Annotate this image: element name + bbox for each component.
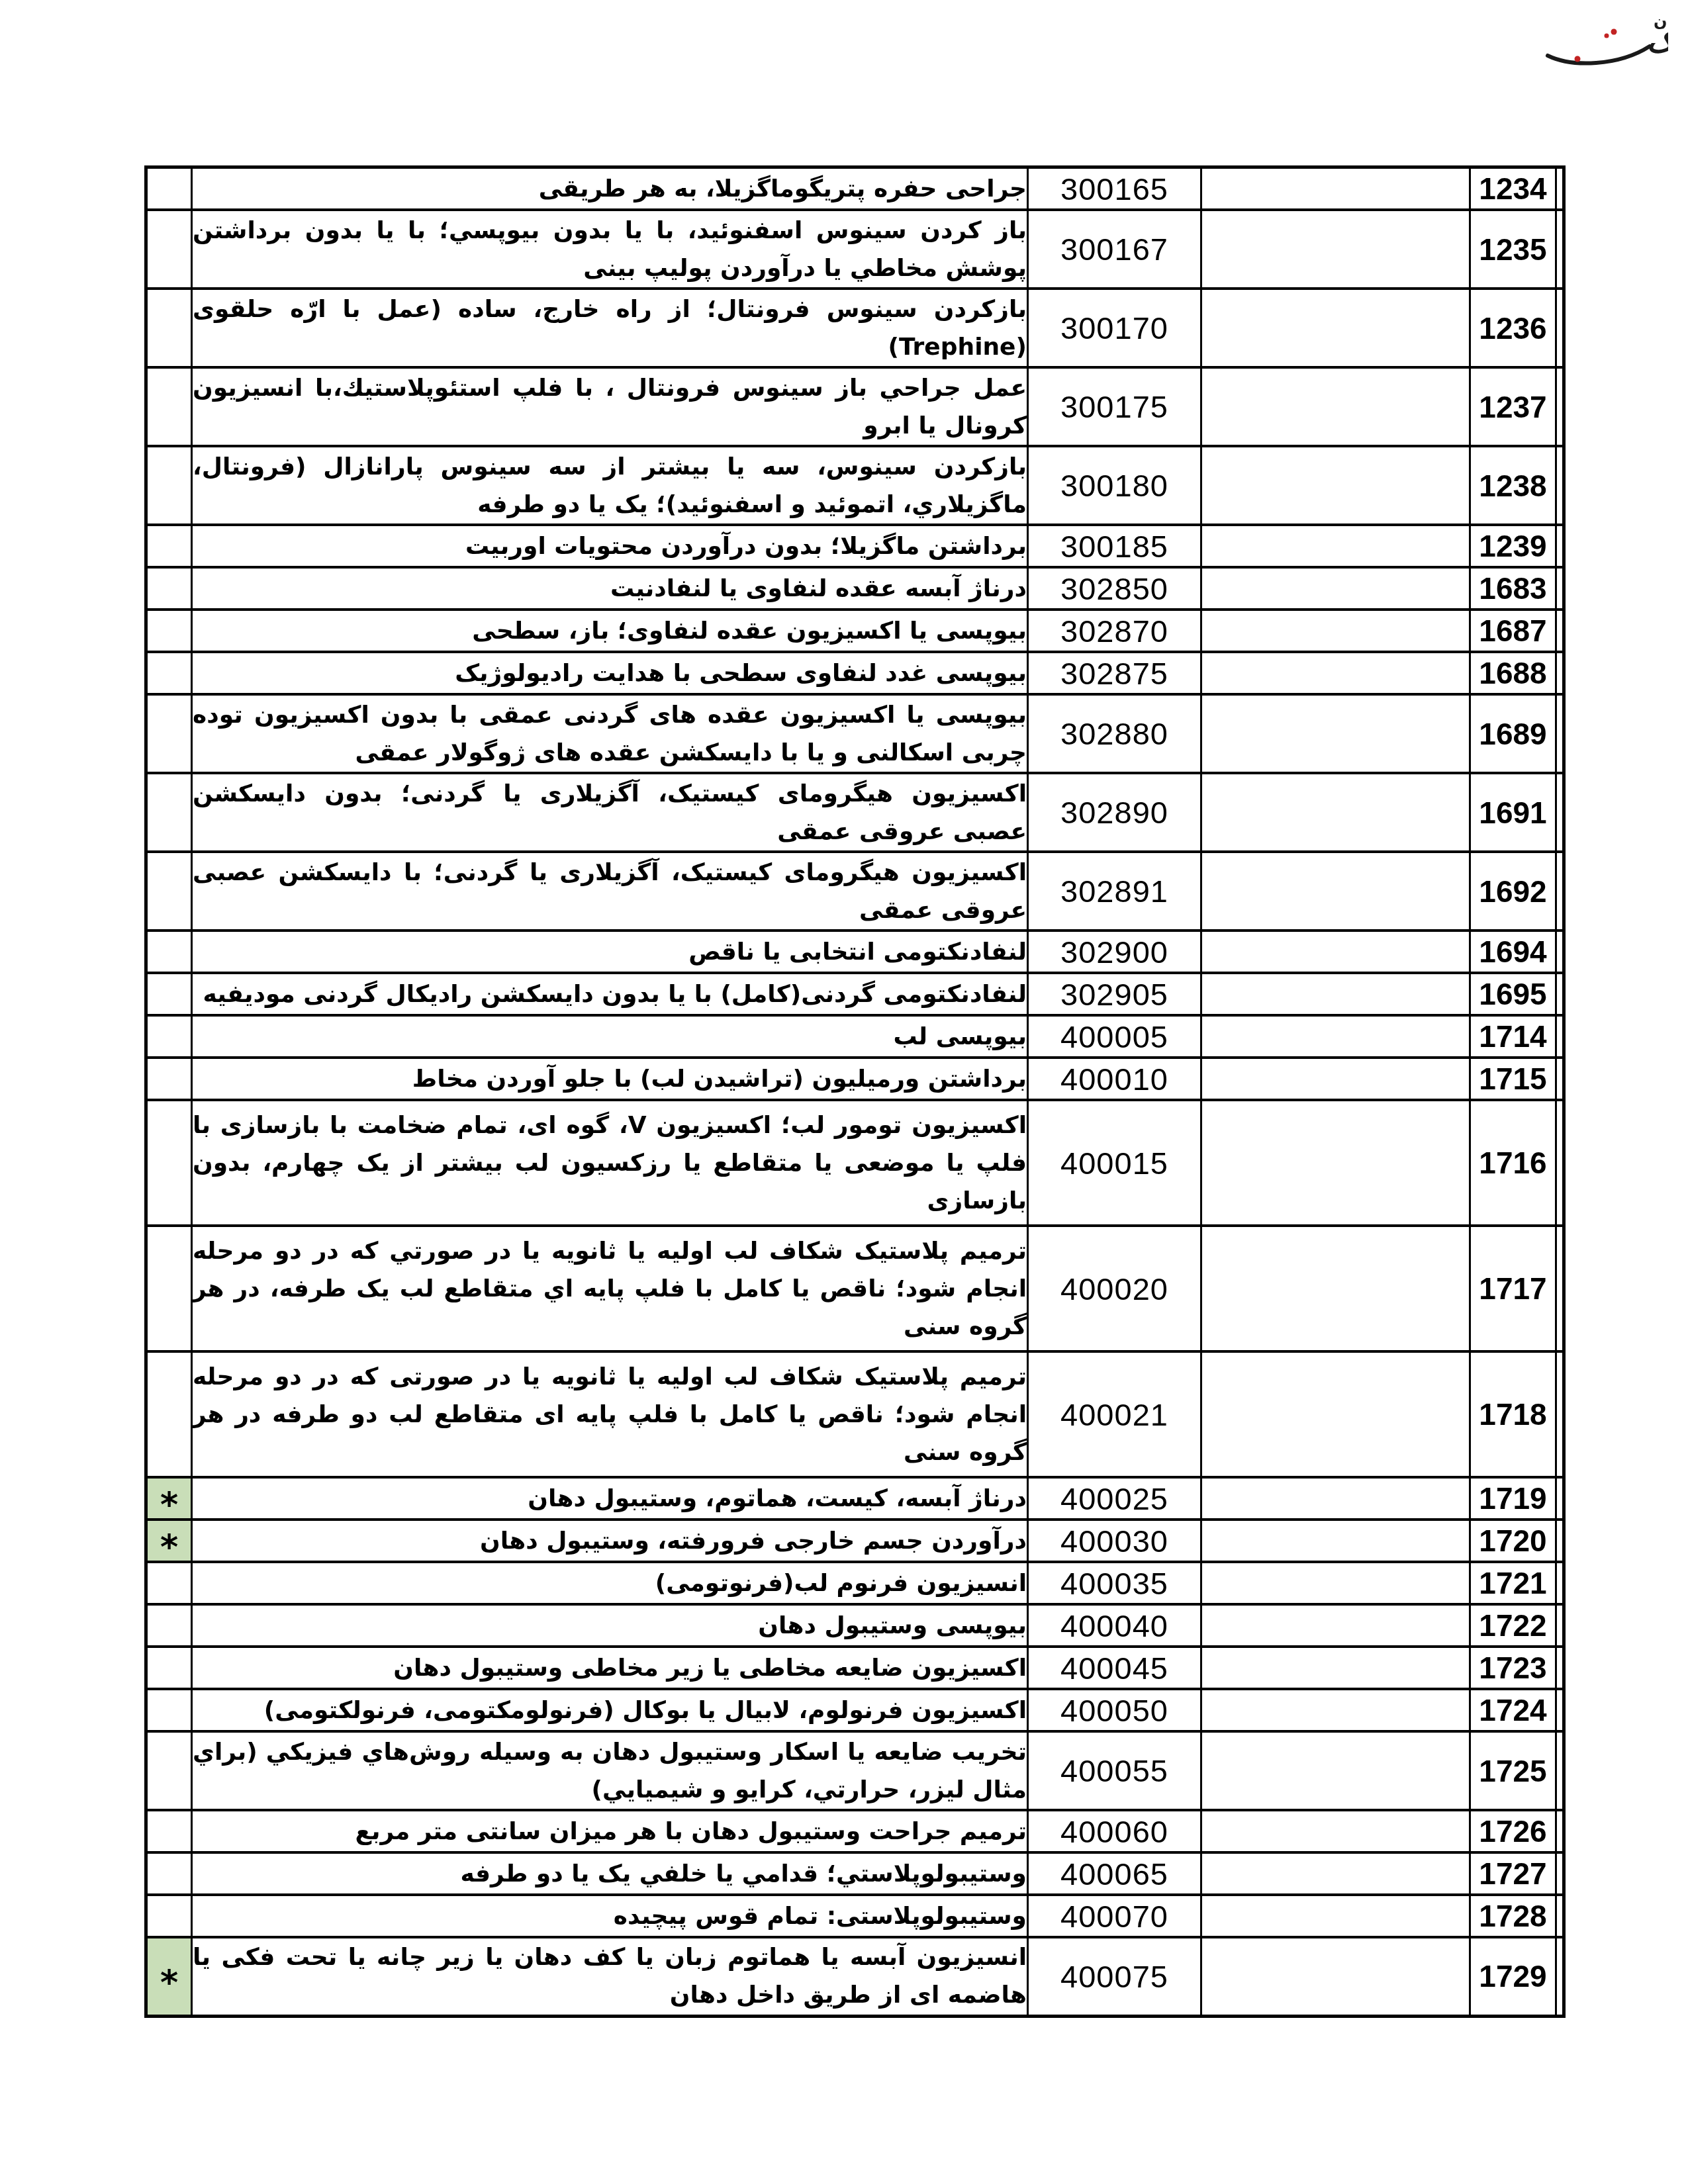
- procedure-code: 400010: [1028, 1058, 1201, 1100]
- table-row: بازکردن سینوس، سه یا بیشتر از سه سینوس پ…: [146, 446, 1564, 525]
- procedure-description: درآوردن جسم خارجی فرورفته، وستیبول دهان: [192, 1520, 1028, 1562]
- procedure-code: 302880: [1028, 694, 1201, 773]
- procedure-description: اکسیزیون ضایعه مخاطی یا زیر مخاطی وستیبو…: [192, 1647, 1028, 1689]
- procedure-description: اکسیزیون هیگرومای کیستیک، آگزیلاری یا گر…: [192, 852, 1028, 931]
- empty-cell: [1201, 610, 1470, 652]
- procedure-description: باز کردن سینوس اسفنوئید، با یا بدون بیوپ…: [192, 210, 1028, 289]
- asterisk-cell: [146, 694, 192, 773]
- table-row: * انسیزیون آبسه یا هماتوم زبان یا کف دها…: [146, 1937, 1564, 2016]
- empty-cell: [1201, 1562, 1470, 1604]
- procedure-description: اکسیزیون هیگرومای کیستیک، آگزیلاری یا گر…: [192, 773, 1028, 852]
- asterisk-cell: [146, 973, 192, 1015]
- table-row: اکسیزیون ضایعه مخاطی یا زیر مخاطی وستیبو…: [146, 1647, 1564, 1689]
- row-number: 1725: [1470, 1731, 1556, 1810]
- procedure-code: 400055: [1028, 1731, 1201, 1810]
- table-row: لنفادنکتومی گردنی(کامل) با یا بدون دایسک…: [146, 973, 1564, 1015]
- row-number: 1716: [1470, 1100, 1556, 1226]
- procedure-code: 400050: [1028, 1689, 1201, 1731]
- asterisk-cell: [146, 1562, 192, 1604]
- procedure-code: 302900: [1028, 931, 1201, 973]
- tariff-table-body: جراحی حفره پتریگوماگزیلا، به هر طریقی 30…: [146, 167, 1564, 2017]
- procedure-code: 400065: [1028, 1852, 1201, 1895]
- table-row: اکسیزیون هیگرومای کیستیک، آگزیلاری یا گر…: [146, 773, 1564, 852]
- empty-cell: [1201, 1100, 1470, 1226]
- procedure-code: 302905: [1028, 973, 1201, 1015]
- asterisk-cell: [146, 446, 192, 525]
- row-number: 1234: [1470, 167, 1556, 210]
- asterisk-cell: [146, 1895, 192, 1937]
- procedure-code: 302875: [1028, 652, 1201, 694]
- asterisk-cell: [146, 852, 192, 931]
- table-row: تخریب ضایعه یا اسکار وستیبول دهان به وسی…: [146, 1731, 1564, 1810]
- asterisk-cell: [146, 210, 192, 289]
- table-row: بیوپسی وستیبول دهان 400040 1722: [146, 1604, 1564, 1647]
- empty-cell: [1201, 1852, 1470, 1895]
- edge-cell: [1556, 773, 1564, 852]
- empty-cell: [1201, 1895, 1470, 1937]
- empty-cell: [1201, 694, 1470, 773]
- edge-cell: [1556, 1015, 1564, 1058]
- edge-cell: [1556, 610, 1564, 652]
- procedure-code: 400075: [1028, 1937, 1201, 2016]
- edge-cell: [1556, 1351, 1564, 1477]
- edge-cell: [1556, 1852, 1564, 1895]
- row-number: 1683: [1470, 567, 1556, 610]
- procedure-description: ترمیم پلاستیک شکاف لب اولیه یا ثانویه یا…: [192, 1351, 1028, 1477]
- row-number: 1720: [1470, 1520, 1556, 1562]
- asterisk-cell: [146, 525, 192, 567]
- procedure-description: عمل جراحي باز سینوس فرونتال ، با فلپ است…: [192, 367, 1028, 446]
- row-number: 1728: [1470, 1895, 1556, 1937]
- procedure-description: لنفادنکتومی گردنی(کامل) با یا بدون دایسک…: [192, 973, 1028, 1015]
- row-number: 1691: [1470, 773, 1556, 852]
- asterisk-cell: [146, 1100, 192, 1226]
- procedure-description: درناژ آبسه عقده لنفاوی یا لنفادنیت: [192, 567, 1028, 610]
- table-row: اکسیزیون فرنولوم، لابیال یا بوکال (فرنول…: [146, 1689, 1564, 1731]
- empty-cell: [1201, 973, 1470, 1015]
- edge-cell: [1556, 167, 1564, 210]
- empty-cell: [1201, 652, 1470, 694]
- edge-cell: [1556, 931, 1564, 973]
- empty-cell: [1201, 167, 1470, 210]
- asterisk-cell: [146, 1852, 192, 1895]
- procedure-code: 302891: [1028, 852, 1201, 931]
- procedure-description: اکسیزیون تومور لب؛ اکسیزیون V، گوه ای، ت…: [192, 1100, 1028, 1226]
- asterisk-cell: [146, 567, 192, 610]
- procedure-code: 302890: [1028, 773, 1201, 852]
- row-number: 1721: [1470, 1562, 1556, 1604]
- row-number: 1726: [1470, 1810, 1556, 1852]
- row-number: 1722: [1470, 1604, 1556, 1647]
- edge-cell: [1556, 1520, 1564, 1562]
- empty-cell: [1201, 773, 1470, 852]
- empty-cell: [1201, 1937, 1470, 2016]
- empty-cell: [1201, 446, 1470, 525]
- edge-cell: [1556, 1100, 1564, 1226]
- edge-cell: [1556, 1731, 1564, 1810]
- empty-cell: [1201, 1731, 1470, 1810]
- edge-cell: [1556, 1477, 1564, 1520]
- asterisk-cell: [146, 610, 192, 652]
- asterisk-cell: [146, 1810, 192, 1852]
- asterisk-cell: [146, 1351, 192, 1477]
- empty-cell: [1201, 931, 1470, 973]
- edge-cell: [1556, 210, 1564, 289]
- procedure-description: ترمیم جراحت وستیبول دهان با هر میزان سان…: [192, 1810, 1028, 1852]
- edge-cell: [1556, 367, 1564, 446]
- table-row: اکسیزیون تومور لب؛ اکسیزیون V، گوه ای، ت…: [146, 1100, 1564, 1226]
- empty-cell: [1201, 210, 1470, 289]
- asterisk-cell: [146, 1689, 192, 1731]
- table-row: ترمیم جراحت وستیبول دهان با هر میزان سان…: [146, 1810, 1564, 1852]
- procedure-description: درناژ آبسه، کیست، هماتوم، وستیبول دهان: [192, 1477, 1028, 1520]
- edge-cell: [1556, 973, 1564, 1015]
- empty-cell: [1201, 1647, 1470, 1689]
- procedure-description: اکسیزیون فرنولوم، لابیال یا بوکال (فرنول…: [192, 1689, 1028, 1731]
- procedure-description: بیوپسی یا اکسیزیون عقده لنفاوی؛ باز، سطح…: [192, 610, 1028, 652]
- table-row: وستیبولوپلاستي؛ قدامي یا خلفي یک یا دو ط…: [146, 1852, 1564, 1895]
- procedure-code: 400030: [1028, 1520, 1201, 1562]
- row-number: 1236: [1470, 289, 1556, 367]
- row-number: 1695: [1470, 973, 1556, 1015]
- edge-cell: [1556, 1810, 1564, 1852]
- procedure-code: 400025: [1028, 1477, 1201, 1520]
- empty-cell: [1201, 1058, 1470, 1100]
- procedure-code: 400020: [1028, 1226, 1201, 1351]
- table-row: ترمیم پلاستیک شکاف لب اولیه یا ثانویه یا…: [146, 1226, 1564, 1351]
- asterisk-cell: [146, 1015, 192, 1058]
- empty-cell: [1201, 525, 1470, 567]
- tabnak-kerman-logo: کرمان تابناک: [1536, 7, 1668, 69]
- edge-cell: [1556, 446, 1564, 525]
- table-row: باز کردن سینوس اسفنوئید، با یا بدون بیوپ…: [146, 210, 1564, 289]
- edge-cell: [1556, 852, 1564, 931]
- procedure-description: بیوپسی لب: [192, 1015, 1028, 1058]
- edge-cell: [1556, 1895, 1564, 1937]
- edge-cell: [1556, 1937, 1564, 2016]
- row-number: 1719: [1470, 1477, 1556, 1520]
- asterisk-cell: [146, 931, 192, 973]
- table-row: بیوپسی یا اکسیزیون عقده های گردنی عمقی ب…: [146, 694, 1564, 773]
- procedure-code: 300180: [1028, 446, 1201, 525]
- table-row: درناژ آبسه عقده لنفاوی یا لنفادنیت 30285…: [146, 567, 1564, 610]
- empty-cell: [1201, 1689, 1470, 1731]
- procedure-description: لنفادنکتومی انتخابی یا ناقص: [192, 931, 1028, 973]
- row-number: 1729: [1470, 1937, 1556, 2016]
- procedure-description: انسیزیون فرنوم لب(فرنوتومی): [192, 1562, 1028, 1604]
- edge-cell: [1556, 1604, 1564, 1647]
- asterisk-cell: *: [146, 1520, 192, 1562]
- procedure-code: 400070: [1028, 1895, 1201, 1937]
- procedure-description: بیوپسی یا اکسیزیون عقده های گردنی عمقی ب…: [192, 694, 1028, 773]
- empty-cell: [1201, 1015, 1470, 1058]
- row-number: 1235: [1470, 210, 1556, 289]
- table-row: * درآوردن جسم خارجی فرورفته، وستیبول دها…: [146, 1520, 1564, 1562]
- row-number: 1238: [1470, 446, 1556, 525]
- table-row: اکسیزیون هیگرومای کیستیک، آگزیلاری یا گر…: [146, 852, 1564, 931]
- edge-cell: [1556, 1226, 1564, 1351]
- row-number: 1715: [1470, 1058, 1556, 1100]
- procedure-code: 400021: [1028, 1351, 1201, 1477]
- table-row: برداشتن ماگزیلا؛ بدون درآوردن محتویات او…: [146, 525, 1564, 567]
- logo-title-text: تابناک: [1647, 23, 1668, 59]
- procedure-code: 400060: [1028, 1810, 1201, 1852]
- table-row: برداشتن ورمیلیون (تراشیدن لب) با جلو آور…: [146, 1058, 1564, 1100]
- asterisk-cell: [146, 1647, 192, 1689]
- table-row: جراحی حفره پتریگوماگزیلا، به هر طریقی 30…: [146, 167, 1564, 210]
- row-number: 1717: [1470, 1226, 1556, 1351]
- procedure-description: جراحی حفره پتریگوماگزیلا، به هر طریقی: [192, 167, 1028, 210]
- tariff-table: جراحی حفره پتریگوماگزیلا، به هر طریقی 30…: [144, 165, 1566, 2018]
- document-page: کرمان تابناک جراحی: [0, 0, 1688, 2184]
- procedure-code: 400015: [1028, 1100, 1201, 1226]
- procedure-code: 300165: [1028, 167, 1201, 210]
- asterisk-mark: *: [160, 1973, 178, 1993]
- procedure-description: ترمیم پلاستیک شکاف لب اولیه یا ثانویه یا…: [192, 1226, 1028, 1351]
- edge-cell: [1556, 1689, 1564, 1731]
- empty-cell: [1201, 1810, 1470, 1852]
- procedure-description: بیوپسی غدد لنفاوی سطحی با هدایت رادیولوژ…: [192, 652, 1028, 694]
- row-number: 1694: [1470, 931, 1556, 973]
- procedure-description: انسیزیون آبسه یا هماتوم زبان یا کف دهان …: [192, 1937, 1028, 2016]
- procedure-code: 400045: [1028, 1647, 1201, 1689]
- row-number: 1688: [1470, 652, 1556, 694]
- procedure-code: 300167: [1028, 210, 1201, 289]
- table-row: بازکردن سینوس فرونتال؛ از راه خارج، ساده…: [146, 289, 1564, 367]
- procedure-description: بازکردن سینوس، سه یا بیشتر از سه سینوس پ…: [192, 446, 1028, 525]
- row-number: 1724: [1470, 1689, 1556, 1731]
- asterisk-cell: [146, 367, 192, 446]
- edge-cell: [1556, 1058, 1564, 1100]
- empty-cell: [1201, 1604, 1470, 1647]
- procedure-description: وستیبولوپلاستی: تمام قوس پیچیده: [192, 1895, 1028, 1937]
- row-number: 1718: [1470, 1351, 1556, 1477]
- row-number: 1689: [1470, 694, 1556, 773]
- row-number: 1723: [1470, 1647, 1556, 1689]
- procedure-code: 300175: [1028, 367, 1201, 446]
- table-row: لنفادنکتومی انتخابی یا ناقص 302900 1694: [146, 931, 1564, 973]
- asterisk-cell: [146, 652, 192, 694]
- asterisk-mark: *: [160, 1495, 178, 1516]
- procedure-code: 300170: [1028, 289, 1201, 367]
- procedure-description: تخریب ضایعه یا اسکار وستیبول دهان به وسی…: [192, 1731, 1028, 1810]
- procedure-description: برداشتن ورمیلیون (تراشیدن لب) با جلو آور…: [192, 1058, 1028, 1100]
- procedure-code: 400005: [1028, 1015, 1201, 1058]
- row-number: 1714: [1470, 1015, 1556, 1058]
- table-row: بیوپسی لب 400005 1714: [146, 1015, 1564, 1058]
- row-number: 1687: [1470, 610, 1556, 652]
- table-row: وستیبولوپلاستی: تمام قوس پیچیده 400070 1…: [146, 1895, 1564, 1937]
- edge-cell: [1556, 567, 1564, 610]
- table-row: بیوپسی یا اکسیزیون عقده لنفاوی؛ باز، سطح…: [146, 610, 1564, 652]
- logo-red-dot: [1611, 29, 1617, 35]
- row-number: 1237: [1470, 367, 1556, 446]
- table-row: بیوپسی غدد لنفاوی سطحی با هدایت رادیولوژ…: [146, 652, 1564, 694]
- asterisk-cell: [146, 773, 192, 852]
- logo-red-dot: [1605, 34, 1609, 38]
- table-row: عمل جراحي باز سینوس فرونتال ، با فلپ است…: [146, 367, 1564, 446]
- procedure-code: 302850: [1028, 567, 1201, 610]
- edge-cell: [1556, 525, 1564, 567]
- asterisk-cell: [146, 167, 192, 210]
- edge-cell: [1556, 1647, 1564, 1689]
- procedure-description: وستیبولوپلاستي؛ قدامي یا خلفي یک یا دو ط…: [192, 1852, 1028, 1895]
- logo-calligraphy: کرمان تابناک: [1536, 7, 1668, 69]
- logo-swash: [1548, 46, 1650, 64]
- table-row: ترمیم پلاستیک شکاف لب اولیه یا ثانویه یا…: [146, 1351, 1564, 1477]
- asterisk-mark: *: [160, 1537, 178, 1558]
- asterisk-cell: [146, 289, 192, 367]
- procedure-code: 302870: [1028, 610, 1201, 652]
- asterisk-cell: [146, 1604, 192, 1647]
- asterisk-cell: [146, 1226, 192, 1351]
- empty-cell: [1201, 1226, 1470, 1351]
- table-row: * درناژ آبسه، کیست، هماتوم، وستیبول دهان…: [146, 1477, 1564, 1520]
- procedure-description: بازکردن سینوس فرونتال؛ از راه خارج، ساده…: [192, 289, 1028, 367]
- edge-cell: [1556, 652, 1564, 694]
- edge-cell: [1556, 289, 1564, 367]
- tariff-table-container: جراحی حفره پتریگوماگزیلا، به هر طریقی 30…: [144, 165, 1566, 2018]
- empty-cell: [1201, 1477, 1470, 1520]
- procedure-code: 400035: [1028, 1562, 1201, 1604]
- empty-cell: [1201, 289, 1470, 367]
- row-number: 1239: [1470, 525, 1556, 567]
- empty-cell: [1201, 852, 1470, 931]
- procedure-code: 300185: [1028, 525, 1201, 567]
- asterisk-cell: [146, 1731, 192, 1810]
- edge-cell: [1556, 1562, 1564, 1604]
- row-number: 1727: [1470, 1852, 1556, 1895]
- empty-cell: [1201, 1520, 1470, 1562]
- empty-cell: [1201, 1351, 1470, 1477]
- procedure-code: 400040: [1028, 1604, 1201, 1647]
- logo-red-dot: [1575, 56, 1581, 62]
- asterisk-cell: *: [146, 1477, 192, 1520]
- row-number: 1692: [1470, 852, 1556, 931]
- empty-cell: [1201, 567, 1470, 610]
- asterisk-cell: [146, 1058, 192, 1100]
- procedure-description: بیوپسی وستیبول دهان: [192, 1604, 1028, 1647]
- edge-cell: [1556, 694, 1564, 773]
- empty-cell: [1201, 367, 1470, 446]
- asterisk-cell: *: [146, 1937, 192, 2016]
- procedure-description: برداشتن ماگزیلا؛ بدون درآوردن محتویات او…: [192, 525, 1028, 567]
- table-row: انسیزیون فرنوم لب(فرنوتومی) 400035 1721: [146, 1562, 1564, 1604]
